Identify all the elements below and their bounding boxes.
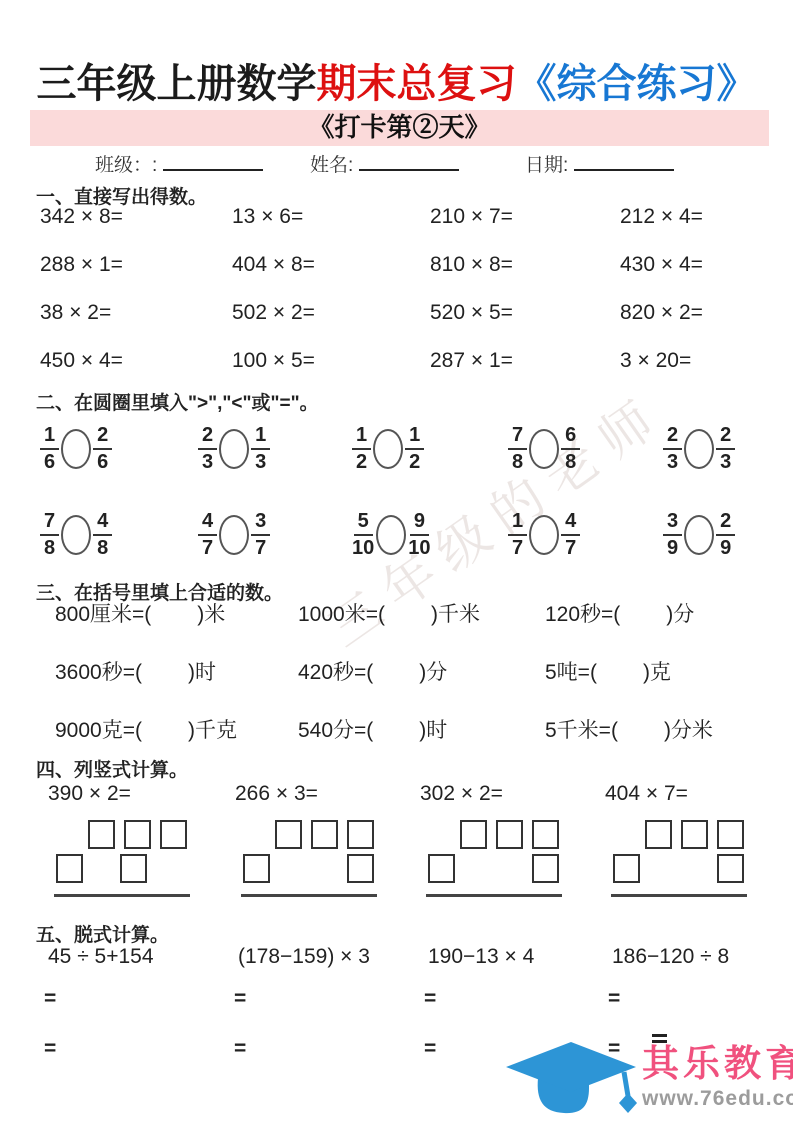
expression: (178−159) × 3 [238, 946, 428, 968]
vertical-calc-area [605, 820, 755, 904]
right-fraction: 47 [561, 511, 580, 559]
math-problem: 210 × 7= [430, 206, 620, 227]
equals-sign: = [234, 988, 428, 1010]
worksheet-page: 三年级上册数学期末总复习《综合练习》 《打卡第②天》 班级：: 姓名: 日期: … [0, 0, 793, 1122]
digit-box[interactable] [532, 854, 559, 883]
right-fraction: 48 [93, 511, 112, 559]
digit-box[interactable] [532, 820, 559, 849]
fraction-compare: 39 29 [663, 506, 780, 564]
right-fraction: 37 [251, 511, 270, 559]
math-problem: 288 × 1= [40, 254, 232, 275]
compare-circle[interactable] [376, 515, 406, 555]
math-problem: 390 × 2= [48, 783, 235, 805]
digit-box[interactable] [347, 820, 374, 849]
section3-problems: 800厘米=()米 1000米=()千米 120秒=()分 3600秒=()时 … [55, 604, 775, 742]
unit-conversion: 5千米=()分米 [545, 720, 775, 742]
digit-box[interactable] [681, 820, 708, 849]
math-problem: 450 × 4= [40, 350, 232, 371]
expression-column: (178−159) × 3 = = [238, 946, 428, 1060]
answer-line [426, 894, 562, 897]
digit-box[interactable] [717, 820, 744, 849]
digit-box[interactable] [275, 820, 302, 849]
unit-conversion: 120秒=()分 [545, 604, 775, 626]
left-fraction: 16 [40, 425, 59, 473]
section5-heading: 五、脱式计算。 [36, 920, 169, 947]
right-fraction: 12 [405, 425, 424, 473]
math-problem: 342 × 8= [40, 206, 232, 227]
compare-circle[interactable] [529, 429, 559, 469]
name-field: 姓名: [310, 150, 459, 177]
digit-box[interactable] [613, 854, 640, 883]
answer-line [611, 894, 747, 897]
title-part-red: 期末总复习 [317, 62, 517, 106]
class-label: 班级：: [95, 155, 157, 176]
digit-box[interactable] [347, 854, 374, 883]
brand-logo: 其乐教育 www.76edu.com [496, 1036, 793, 1122]
vertical-calc-area [48, 820, 198, 904]
left-fraction: 510 [352, 511, 374, 559]
digit-box[interactable] [460, 820, 487, 849]
unit-conversion: 9000克=()千克 [55, 720, 298, 742]
math-problem: 810 × 8= [430, 254, 620, 275]
unit-conversion: 3600秒=()时 [55, 662, 298, 684]
section2-row2: 78 48 47 37 510 910 17 47 39 29 [40, 506, 780, 564]
math-problem: 404 × 8= [232, 254, 430, 275]
title-part-blue: 《综合练习》 [517, 62, 757, 106]
math-problem: 212 × 4= [620, 206, 770, 227]
digit-box[interactable] [717, 854, 744, 883]
title-part-black: 三年级上册数学 [37, 62, 317, 106]
fraction-compare: 23 13 [198, 420, 352, 478]
fraction-compare: 17 47 [508, 506, 663, 564]
math-problem: 3 × 20= [620, 350, 770, 371]
section1-problems: 342 × 8= 13 × 6= 210 × 7= 212 × 4= 288 ×… [40, 206, 770, 371]
digit-box[interactable] [243, 854, 270, 883]
compare-circle[interactable] [61, 429, 91, 469]
answer-line [54, 894, 190, 897]
vertical-calc-area [235, 820, 385, 904]
left-fraction: 17 [508, 511, 527, 559]
right-fraction: 68 [561, 425, 580, 473]
compare-circle[interactable] [219, 429, 249, 469]
right-fraction: 23 [716, 425, 735, 473]
compare-circle[interactable] [219, 515, 249, 555]
fraction-compare: 78 68 [508, 420, 663, 478]
name-input-line[interactable] [359, 157, 459, 171]
left-fraction: 23 [198, 425, 217, 473]
date-label: 日期: [525, 155, 568, 176]
digit-box[interactable] [160, 820, 187, 849]
right-fraction: 26 [93, 425, 112, 473]
right-fraction: 13 [251, 425, 270, 473]
day-banner: 《打卡第②天》 [30, 110, 769, 146]
graduation-cap-icon [496, 1036, 646, 1122]
fraction-compare: 23 23 [663, 420, 780, 478]
fraction-compare: 78 48 [40, 506, 198, 564]
class-input-line[interactable] [163, 157, 263, 171]
unit-conversion: 540分=()时 [298, 720, 545, 742]
brand-url: www.76edu.com [642, 1087, 793, 1111]
fraction-compare: 510 910 [352, 506, 508, 564]
expression-column: 45 ÷ 5+154 = = [48, 946, 238, 1060]
date-field: 日期: [525, 150, 674, 177]
equals-sign: = [608, 988, 778, 1010]
math-problem: 404 × 7= [605, 783, 778, 805]
expression: 186−120 ÷ 8 [612, 946, 778, 968]
section4-work-areas [48, 820, 778, 904]
digit-box[interactable] [120, 854, 147, 883]
compare-circle[interactable] [529, 515, 559, 555]
unit-conversion: 420秒=()分 [298, 662, 545, 684]
unit-conversion: 800厘米=()米 [55, 604, 298, 626]
vertical-calc-area [420, 820, 570, 904]
unit-conversion: 1000米=()千米 [298, 604, 545, 626]
section2-heading: 二、在圆圈里填入">","<"或"="。 [36, 388, 319, 415]
math-problem: 38 × 2= [40, 302, 232, 323]
page-title: 三年级上册数学期末总复习《综合练习》 [0, 52, 793, 109]
right-fraction: 29 [716, 511, 735, 559]
math-problem: 430 × 4= [620, 254, 770, 275]
answer-line [241, 894, 377, 897]
brand-text-block: 其乐教育 www.76edu.com [642, 1036, 793, 1111]
equals-sign: = [424, 988, 612, 1010]
math-problem: 13 × 6= [232, 206, 430, 227]
math-problem: 502 × 2= [232, 302, 430, 323]
math-problem: 100 × 5= [232, 350, 430, 371]
left-fraction: 23 [663, 425, 682, 473]
digit-box[interactable] [311, 820, 338, 849]
section3-heading: 三、在括号里填上合适的数。 [36, 578, 283, 605]
digit-box[interactable] [496, 820, 523, 849]
compare-circle[interactable] [373, 429, 403, 469]
digit-box[interactable] [645, 820, 672, 849]
name-label: 姓名: [310, 155, 353, 176]
section4-heading: 四、列竖式计算。 [36, 755, 188, 782]
brand-name: 其乐教育 [642, 1044, 793, 1085]
math-problem: 520 × 5= [430, 302, 620, 323]
day-banner-text: 《打卡第②天》 [308, 113, 490, 143]
date-input-line[interactable] [574, 157, 674, 171]
fraction-compare: 16 26 [40, 420, 198, 478]
equals-sign: = [44, 1038, 238, 1060]
left-fraction: 47 [198, 511, 217, 559]
digit-box[interactable] [124, 820, 151, 849]
math-problem: 287 × 1= [430, 350, 620, 371]
right-fraction: 910 [408, 511, 430, 559]
fraction-compare: 47 37 [198, 506, 352, 564]
class-field: 班级：: [95, 150, 263, 177]
unit-conversion: 5吨=()克 [545, 662, 775, 684]
math-problem: 820 × 2= [620, 302, 770, 323]
digit-box[interactable] [56, 854, 83, 883]
left-fraction: 78 [508, 425, 527, 473]
left-fraction: 78 [40, 511, 59, 559]
expression: 45 ÷ 5+154 [48, 946, 238, 968]
fraction-compare: 12 12 [352, 420, 508, 478]
compare-circle[interactable] [684, 515, 714, 555]
math-problem: 302 × 2= [420, 783, 605, 805]
section2-row1: 16 26 23 13 12 12 78 68 23 23 [40, 420, 780, 478]
equals-sign: = [44, 988, 238, 1010]
math-problem: 266 × 3= [235, 783, 420, 805]
digit-box[interactable] [88, 820, 115, 849]
digit-box[interactable] [428, 854, 455, 883]
logo-tick-marks [652, 1034, 667, 1037]
expression: 190−13 × 4 [428, 946, 612, 968]
left-fraction: 39 [663, 511, 682, 559]
compare-circle[interactable] [684, 429, 714, 469]
equals-sign: = [234, 1038, 428, 1060]
section4-problems: 390 × 2= 266 × 3= 302 × 2= 404 × 7= [48, 783, 778, 805]
compare-circle[interactable] [61, 515, 91, 555]
left-fraction: 12 [352, 425, 371, 473]
